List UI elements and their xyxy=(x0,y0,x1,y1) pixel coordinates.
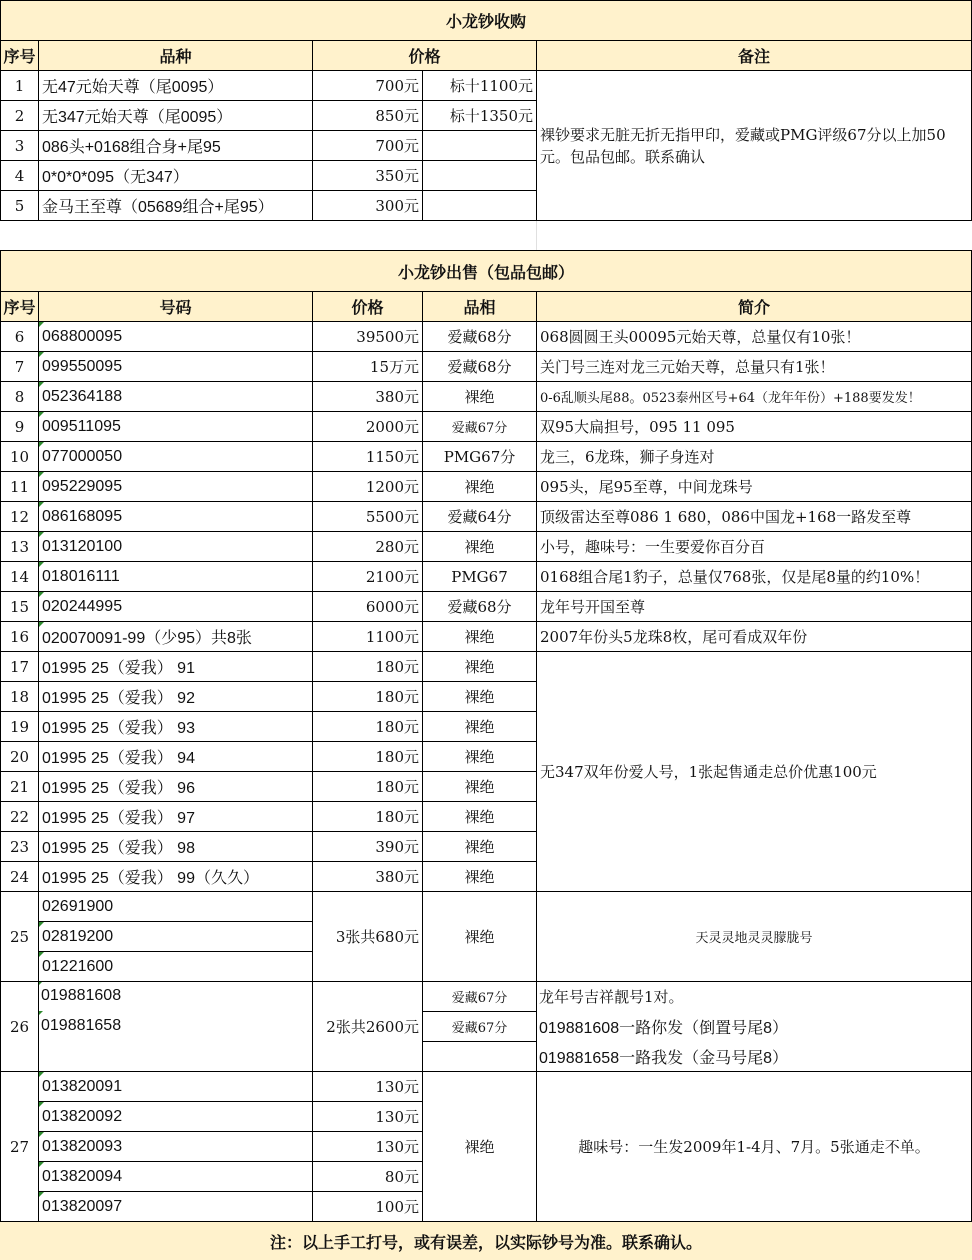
header-seq[interactable]: 序号 xyxy=(0,40,39,71)
sale-row-price[interactable]: 6000元 xyxy=(312,591,423,622)
sale-row-price[interactable]: 280元 xyxy=(312,531,423,562)
sale-row-seq[interactable]: 25 xyxy=(0,891,39,982)
sale-row-number[interactable]: 052364188 xyxy=(38,381,313,412)
sale-row-grade[interactable]: 裸绝 xyxy=(422,621,537,652)
sale-row-seq[interactable]: 6 xyxy=(0,321,39,352)
sale-row-price[interactable]: 180元 xyxy=(312,771,423,802)
sale-row-number[interactable]: 01995 25（爱我） 94 xyxy=(38,741,313,772)
sale-row-seq[interactable]: 23 xyxy=(0,831,39,862)
sale-row-price[interactable]: 100元 xyxy=(312,1191,423,1222)
sale-row-price[interactable]: 380元 xyxy=(312,861,423,892)
sale-row-seq[interactable]: 26 xyxy=(0,981,39,1072)
sale-row-grade[interactable]: 裸绝 xyxy=(422,861,537,892)
sale-row-intro[interactable]: 2007年份头5龙珠8枚，尾可看成双年份 xyxy=(536,621,972,652)
purchase-row-price-std[interactable] xyxy=(422,130,537,161)
sale-row-intro[interactable]: 068圆圆王头00095元始天尊，总量仅有10张！ xyxy=(536,321,972,352)
sale-row-number[interactable]: 013820091 xyxy=(38,1071,313,1102)
group-border xyxy=(38,981,313,1072)
sale-row-number[interactable]: 077000050 xyxy=(38,441,313,472)
sale-row-grade[interactable]: 爱藏67分 xyxy=(422,981,537,1012)
purchase-row-price[interactable]: 300元 xyxy=(312,190,423,221)
sale-row-number[interactable]: 013820097 xyxy=(38,1191,313,1222)
sale-row-intro[interactable]: 趣味号：一生发2009年1-4月、7月。5张通走不单。 xyxy=(536,1071,972,1222)
sale-row-number[interactable]: 099550095 xyxy=(38,351,313,382)
sale-row-number[interactable]: 020070091-99（少95）共8张 xyxy=(38,621,313,652)
sale-row-grade[interactable]: 裸绝 xyxy=(422,711,537,742)
purchase-row-variety[interactable]: 无347元始天尊（尾0095） xyxy=(38,100,313,131)
purchase-title[interactable]: 小龙钞收购 xyxy=(0,0,972,41)
sale-row-grade[interactable]: PMG67分 xyxy=(422,441,537,472)
sale-row-grade[interactable]: 爱藏68分 xyxy=(422,591,537,622)
sale-row-price[interactable]: 130元 xyxy=(312,1071,423,1102)
sale-row-number[interactable]: 086168095 xyxy=(38,501,313,532)
sale-row-number[interactable]: 01995 25（爱我） 97 xyxy=(38,801,313,832)
sale-row-number[interactable]: 068800095 xyxy=(38,321,313,352)
purchase-row-price[interactable]: 850元 xyxy=(312,100,423,131)
sale-row-seq[interactable]: 19 xyxy=(0,711,39,742)
sale-row-seq[interactable]: 9 xyxy=(0,411,39,442)
sale-row-grade[interactable]: PMG67 xyxy=(422,561,537,592)
purchase-row-seq[interactable]: 4 xyxy=(0,160,39,191)
sale-row-number[interactable]: 013120100 xyxy=(38,531,313,562)
sale-row-seq[interactable]: 21 xyxy=(0,771,39,802)
purchase-row-seq[interactable]: 5 xyxy=(0,190,39,221)
sale-row-number[interactable]: 01995 25（爱我） 91 xyxy=(38,651,313,682)
sale-title[interactable]: 小龙钞出售（包品包邮） xyxy=(0,250,972,292)
sale-row-grade[interactable]: 裸绝 xyxy=(422,651,537,682)
sale-row-seq[interactable]: 18 xyxy=(0,681,39,712)
sale-row-number[interactable]: 009511095 xyxy=(38,411,313,442)
sale-row-intro[interactable]: 小号，趣味号：一生要爱你百分百 xyxy=(536,531,972,562)
sale-row-number[interactable]: 01995 25（爱我） 92 xyxy=(38,681,313,712)
header-price[interactable]: 价格 xyxy=(312,40,537,71)
purchase-row-price-std[interactable]: 标十1100元 xyxy=(422,70,537,101)
sale-row-grade[interactable]: 裸绝 xyxy=(422,531,537,562)
sale-row-number[interactable]: 02691900 xyxy=(38,891,313,922)
purchase-row-price-std[interactable] xyxy=(422,160,537,191)
sale-row-price[interactable]: 390元 xyxy=(312,831,423,862)
footer-note[interactable]: 注：以上手工打号，或有误差，以实际钞号为准。联系确认。 xyxy=(0,1221,972,1260)
sale-row-number[interactable]: 02819200 xyxy=(38,921,313,952)
sale-row-price[interactable]: 180元 xyxy=(312,801,423,832)
sale-row-seq[interactable]: 27 xyxy=(0,1071,39,1222)
sale-row-grade[interactable]: 爱藏64分 xyxy=(422,501,537,532)
purchase-row-price[interactable]: 700元 xyxy=(312,130,423,161)
sale-row-number[interactable]: 01995 25（爱我） 93 xyxy=(38,711,313,742)
header-number[interactable]: 号码 xyxy=(38,291,313,322)
sale-row-price[interactable]: 180元 xyxy=(312,651,423,682)
sale-row-price[interactable]: 380元 xyxy=(312,381,423,412)
sale-row-grade[interactable]: 裸绝 xyxy=(422,681,537,712)
sale-row-price[interactable]: 130元 xyxy=(312,1101,423,1132)
sale-row-grade[interactable]: 裸绝 xyxy=(422,801,537,832)
sale-row-number[interactable]: 013820094 xyxy=(38,1161,313,1192)
header-notes[interactable]: 备注 xyxy=(536,40,972,71)
sale-row-seq[interactable]: 8 xyxy=(0,381,39,412)
empty-cell[interactable] xyxy=(312,221,423,251)
empty-cell[interactable] xyxy=(422,1041,537,1072)
sale-row-price[interactable]: 1100元 xyxy=(312,621,423,652)
empty-cell[interactable] xyxy=(422,221,537,251)
sale-row-seq[interactable]: 22 xyxy=(0,801,39,832)
sale-row-intro[interactable]: 龙三，6龙珠，狮子身连对 xyxy=(536,441,972,472)
sale-row-number[interactable]: 01995 25（爱我） 96 xyxy=(38,771,313,802)
sale-row-seq[interactable]: 14 xyxy=(0,561,39,592)
sale-row-intro[interactable]: 关门号三连对龙三元始天尊，总量只有1张！ xyxy=(536,351,972,382)
sale-row-number[interactable]: 013820093 xyxy=(38,1131,313,1162)
sale-row-seq[interactable]: 13 xyxy=(0,531,39,562)
sale-row-intro[interactable]: 0168组合尾1豹子，总量仅768张，仅是尾8量的约10%！ xyxy=(536,561,972,592)
sale-row-number[interactable]: 01221600 xyxy=(38,951,313,982)
sale-row-seq[interactable]: 12 xyxy=(0,501,39,532)
sale-row-grade[interactable]: 裸绝 xyxy=(422,831,537,862)
purchase-row-price[interactable]: 350元 xyxy=(312,160,423,191)
sale-row-number[interactable]: 01995 25（爱我） 99（久久） xyxy=(38,861,313,892)
sale-row-price[interactable]: 39500元 xyxy=(312,321,423,352)
sale-row-grade[interactable]: 裸绝 xyxy=(422,1071,537,1222)
header-grade[interactable]: 品相 xyxy=(422,291,537,322)
purchase-row-variety[interactable]: 无47元始天尊（尾0095） xyxy=(38,70,313,101)
purchase-row-seq[interactable]: 3 xyxy=(0,130,39,161)
purchase-row-price[interactable]: 700元 xyxy=(312,70,423,101)
sale-row-seq[interactable]: 7 xyxy=(0,351,39,382)
sale-row-intro[interactable]: 095头，尾95至尊，中间龙珠号 xyxy=(536,471,972,502)
sale-row-intro[interactable]: 0-6乱顺头尾88。0523泰州区号+64（龙年年份）+188要发发！ xyxy=(536,381,972,412)
sale-row-grade[interactable]: 爱藏67分 xyxy=(422,411,537,442)
sale-row-number[interactable]: 020244995 xyxy=(38,591,313,622)
sale-row-number[interactable]: 013820092 xyxy=(38,1101,313,1132)
sale-row-grade[interactable]: 裸绝 xyxy=(422,471,537,502)
sale-row-grade[interactable]: 爱藏68分 xyxy=(422,351,537,382)
sale-row-intro[interactable]: 龙年号开国至尊 xyxy=(536,591,972,622)
sale-row-grade[interactable]: 裸绝 xyxy=(422,771,537,802)
sale-row-seq[interactable]: 20 xyxy=(0,741,39,772)
sale-row-grade[interactable]: 裸绝 xyxy=(422,741,537,772)
sale-row-seq[interactable]: 16 xyxy=(0,621,39,652)
purchase-note[interactable]: 裸钞要求无脏无折无指甲印，爱藏或PMG评级67分以上加50元。包品包邮。联系确认 xyxy=(536,70,972,221)
sale-row-grade[interactable]: 裸绝 xyxy=(422,891,537,982)
purchase-row-price-std[interactable] xyxy=(422,190,537,221)
empty-cell[interactable] xyxy=(38,221,313,251)
sale-row-price[interactable]: 2张共2600元 xyxy=(312,981,423,1072)
header-seq[interactable]: 序号 xyxy=(0,291,39,322)
sale-row-intro[interactable]: 双95大扁担号，095 11 095 xyxy=(536,411,972,442)
sale-row-price[interactable]: 180元 xyxy=(312,681,423,712)
sale-row-price[interactable]: 1150元 xyxy=(312,441,423,472)
sale-row-intro[interactable]: 顶级雷达至尊086 1 680，086中国龙+168一路发至尊 xyxy=(536,501,972,532)
purchase-row-seq[interactable]: 2 xyxy=(0,100,39,131)
sale-row-price[interactable]: 180元 xyxy=(312,741,423,772)
sale-row-price[interactable]: 1200元 xyxy=(312,471,423,502)
sale-row-seq[interactable]: 11 xyxy=(0,471,39,502)
sale-row-price[interactable]: 130元 xyxy=(312,1131,423,1162)
sale-row-price[interactable]: 2100元 xyxy=(312,561,423,592)
empty-cell[interactable] xyxy=(0,221,39,251)
sale-row-grade[interactable]: 裸绝 xyxy=(422,381,537,412)
sale-row-seq[interactable]: 10 xyxy=(0,441,39,472)
sale-row-number[interactable]: 018016111 xyxy=(38,561,313,592)
purchase-row-seq[interactable]: 1 xyxy=(0,70,39,101)
header-variety[interactable]: 品种 xyxy=(38,40,313,71)
header-intro[interactable]: 简介 xyxy=(536,291,972,322)
sale-row-number[interactable]: 095229095 xyxy=(38,471,313,502)
sale-row-price[interactable]: 180元 xyxy=(312,711,423,742)
sale-group-intro[interactable]: 无347双年份爱人号，1张起售通走总价优惠100元 xyxy=(536,651,972,892)
sale-row-price[interactable]: 3张共680元 xyxy=(312,891,423,982)
sale-row-number[interactable]: 01995 25（爱我） 98 xyxy=(38,831,313,862)
sale-row-price[interactable]: 5500元 xyxy=(312,501,423,532)
sale-row-seq[interactable]: 24 xyxy=(0,861,39,892)
sale-row-grade[interactable]: 爱藏68分 xyxy=(422,321,537,352)
sale-row-seq[interactable]: 15 xyxy=(0,591,39,622)
purchase-row-variety[interactable]: 金马王至尊（05689组合+尾95） xyxy=(38,190,313,221)
sale-row-intro[interactable]: 天灵灵地灵灵朦胧号 xyxy=(536,891,972,982)
purchase-row-price-std[interactable]: 标十1350元 xyxy=(422,100,537,131)
purchase-row-variety[interactable]: 0*0*0*095（无347） xyxy=(38,160,313,191)
spreadsheet: 小龙钞收购序号品种价格备注1无47元始天尊（尾0095）700元标十1100元2… xyxy=(0,0,972,1260)
header-price[interactable]: 价格 xyxy=(312,291,423,322)
group-border xyxy=(536,981,972,1072)
sale-row-price[interactable]: 15万元 xyxy=(312,351,423,382)
sale-row-price[interactable]: 2000元 xyxy=(312,411,423,442)
sale-row-grade[interactable]: 爱藏67分 xyxy=(422,1011,537,1042)
sale-row-seq[interactable]: 17 xyxy=(0,651,39,682)
purchase-row-variety[interactable]: 086头+0168组合身+尾95 xyxy=(38,130,313,161)
sale-row-price[interactable]: 80元 xyxy=(312,1161,423,1192)
